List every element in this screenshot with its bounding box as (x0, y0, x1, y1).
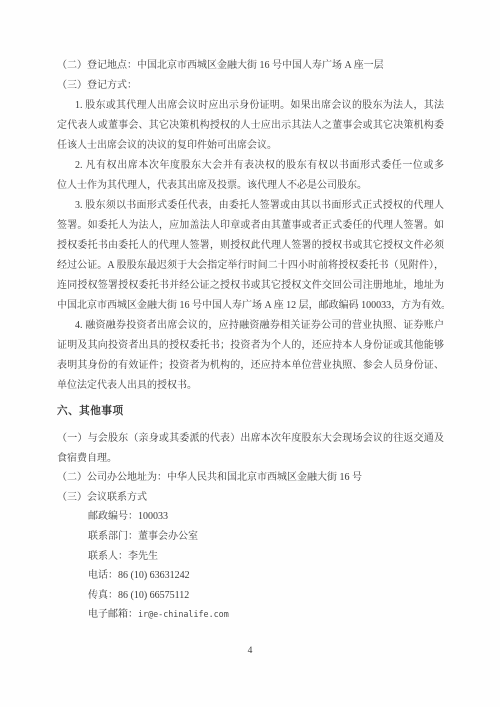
text-line: 1. 股东或其代理人出席会议时应出示身份证明。如果出席会议的股东为法人，其法 (57, 96, 444, 116)
line-text: 经过公证。A 股股东最迟须于大会指定举行时间二十四小时前将授权委托书（见附件）， (57, 260, 444, 271)
text-line: 邮政编号：100033 (57, 507, 444, 527)
text-line: 单位法定代表人出具的授权书。 (57, 376, 444, 396)
registration-section: （二）登记地点：中国北京市西城区金融大街 16 号中国人寿广场 A 座一层（三）… (57, 56, 444, 422)
text-line: 电子邮箱：ir@e-chinalife.com (57, 605, 444, 625)
line-text: 授权委托书由委托人的代理人签署，则授权此代理人签署的授权书或其它授权文件必须 (57, 240, 444, 251)
text-line: （一）与会股东（亲身或其委派的代表）出席本次年度股东大会现场会议的往返交通及 (57, 429, 444, 449)
text-line: 证明及其向投资者出具的授权委托书；投资者为个人的，还应持本人身份证或其他能够 (57, 336, 444, 356)
text-line: 中国北京市西城区金融大街 16 号中国人寿广场 A 座 12 层，邮政编码 10… (57, 296, 444, 316)
line-text: 中国北京市西城区金融大街 16 号中国人寿广场 A 座 12 层，邮政编码 10… (57, 300, 444, 311)
line-text: （一）与会股东（亲身或其委派的代表）出席本次年度股东大会现场会议的往返交通及 (57, 433, 444, 444)
text-line: （二）公司办公地址为：中华人民共和国北京市西城区金融大街 16 号 (57, 468, 444, 488)
text-line: （三）登记方式： (57, 76, 444, 96)
line-text: 电子邮箱： (88, 609, 138, 620)
line-text: （二）登记地点：中国北京市西城区金融大街 16 号中国人寿广场 A 座一层 (57, 60, 384, 71)
text-line: （二）登记地点：中国北京市西城区金融大街 16 号中国人寿广场 A 座一层 (57, 56, 444, 76)
line-text: 1. 股东或其代理人出席会议时应出示身份证明。如果出席会议的股东为法人，其法 (75, 100, 444, 111)
text-line: 食宿费自理。 (57, 449, 444, 469)
line-text: 联系部门：董事会办公室 (88, 531, 198, 542)
page-number: 4 (0, 645, 500, 657)
line-text: 签署。如委托人为法人，应加盖法人印章或者由其董事或者正式委任的代理人签署。如 (57, 220, 444, 231)
text-line: 4. 融资融券投资者出席会议的，应持融资融券相关证券公司的营业执照、证券账户 (57, 316, 444, 336)
line-value: ir@e-chinalife.com (138, 609, 229, 619)
document-page: （二）登记地点：中国北京市西城区金融大街 16 号中国人寿广场 A 座一层（三）… (0, 0, 500, 707)
text-line: 3. 股东须以书面形式委任代表，由委托人签署或由其以书面形式正式授权的代理人 (57, 196, 444, 216)
line-text: 2. 凡有权出席本次年度股东大会并有表决权的股东有权以书面形式委任一位或多 (75, 160, 444, 171)
text-line: 授权委托书由委托人的代理人签署，则授权此代理人签署的授权书或其它授权文件必须 (57, 236, 444, 256)
line-text: 单位法定代表人出具的授权书。 (57, 380, 197, 391)
line-text: 表明其身份的有效证件；投资者为机构的，还应持本单位营业执照、参会人员身份证、 (57, 360, 444, 371)
text-line: 传真：86 (10) 66575112 (57, 586, 444, 606)
line-text: （三）会议联系方式 (57, 492, 147, 503)
line-text: 食宿费自理。 (57, 453, 117, 464)
line-text: 连同授权签署授权委托书并经公证之授权书或其它授权文件交回公司注册地址，地址为 (57, 280, 444, 291)
line-text: 电话：86 (10) 63631242 (88, 570, 190, 581)
line-text: 位人士作为其代理人，代表其出席及投票。该代理人不必是公司股东。 (57, 180, 367, 191)
line-text: 联系人：李先生 (88, 551, 158, 562)
text-line: 签署。如委托人为法人，应加盖法人印章或者由其董事或者正式委任的代理人签署。如 (57, 216, 444, 236)
text-line: （三）会议联系方式 (57, 488, 444, 508)
text-line: 联系部门：董事会办公室 (57, 527, 444, 547)
line-text: 定代表人或董事会、其它决策机构授权的人士应出示其法人之董事会或其它决策机构委 (57, 120, 444, 131)
text-line: 表明其身份的有效证件；投资者为机构的，还应持本单位营业执照、参会人员身份证、 (57, 356, 444, 376)
line-text: 3. 股东须以书面形式委任代表，由委托人签署或由其以书面形式正式授权的代理人 (75, 200, 444, 211)
text-line: 六、其他事项 (57, 402, 444, 422)
text-line: 定代表人或董事会、其它决策机构授权的人士应出示其法人之董事会或其它决策机构委 (57, 116, 444, 136)
text-line: 位人士作为其代理人，代表其出席及投票。该代理人不必是公司股东。 (57, 176, 444, 196)
line-text: 4. 融资融券投资者出席会议的，应持融资融券相关证券公司的营业执照、证券账户 (75, 320, 444, 331)
text-line: 任该人士出席会议的决议的复印件始可出席会议。 (57, 136, 444, 156)
line-text: 邮政编号：100033 (88, 511, 168, 522)
text-line: 电话：86 (10) 63631242 (57, 566, 444, 586)
text-line: 连同授权签署授权委托书并经公证之授权书或其它授权文件交回公司注册地址，地址为 (57, 276, 444, 296)
text-line: 2. 凡有权出席本次年度股东大会并有表决权的股东有权以书面形式委任一位或多 (57, 156, 444, 176)
text-line: 经过公证。A 股股东最迟须于大会指定举行时间二十四小时前将授权委托书（见附件）， (57, 256, 444, 276)
text-line: 联系人：李先生 (57, 547, 444, 567)
line-text: 任该人士出席会议的决议的复印件始可出席会议。 (57, 140, 277, 151)
line-text: 六、其他事项 (57, 406, 124, 417)
other-matters-section: （一）与会股东（亲身或其委派的代表）出席本次年度股东大会现场会议的往返交通及食宿… (57, 429, 444, 625)
line-text: （二）公司办公地址为：中华人民共和国北京市西城区金融大街 16 号 (57, 472, 362, 483)
line-text: 传真：86 (10) 66575112 (88, 590, 189, 601)
line-text: （三）登记方式： (57, 80, 137, 91)
document-body: （二）登记地点：中国北京市西城区金融大街 16 号中国人寿广场 A 座一层（三）… (57, 56, 444, 625)
line-text: 证明及其向投资者出具的授权委托书；投资者为个人的，还应持本人身份证或其他能够 (57, 340, 444, 351)
